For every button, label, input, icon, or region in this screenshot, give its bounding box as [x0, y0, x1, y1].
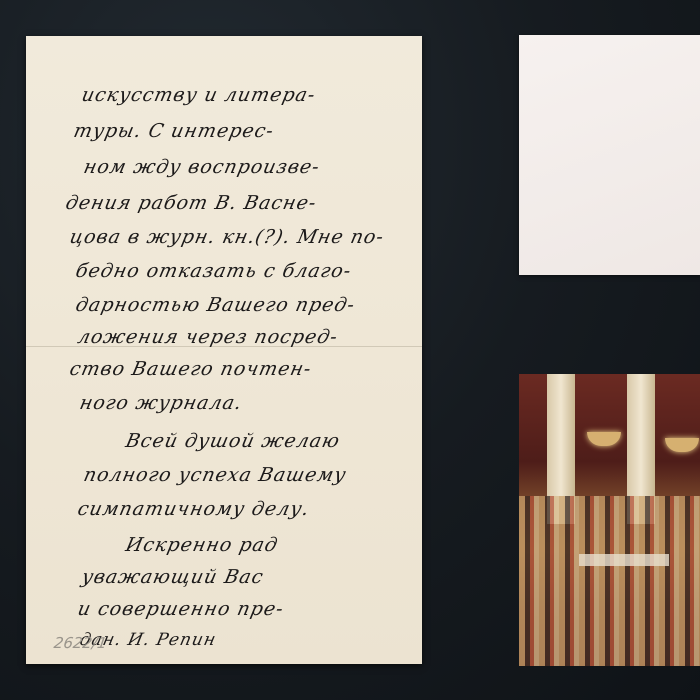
handwritten-letter: искусству и литера- туры. С интерес- ном…	[26, 36, 422, 664]
catalog-number: 2622/1	[53, 634, 108, 652]
letter-line: и совершенно пре-	[76, 598, 286, 620]
letter-line: ство Вашего почтен-	[68, 358, 314, 380]
letter-line: ложения через посред-	[76, 326, 340, 348]
letter-line: цова в журн. кн.(?). Мне по-	[68, 226, 387, 248]
assembly-crowd	[519, 496, 700, 666]
painting-reproduction	[519, 374, 700, 666]
blank-card	[519, 35, 700, 275]
letter-line: дения работ В. Васне-	[64, 192, 319, 214]
letter-line: уважающий Вас	[80, 566, 266, 588]
table	[579, 554, 669, 566]
letter-line: Всей душой желаю	[124, 430, 343, 452]
letter-line: симпатичному делу.	[76, 498, 312, 520]
chandelier	[665, 438, 699, 452]
letter-line: искусству и литера-	[80, 84, 318, 106]
letter-line: бедно отказать с благо-	[74, 260, 354, 282]
chandelier	[587, 432, 621, 446]
letter-line: полного успеха Вашему	[82, 464, 349, 486]
letter-line: ном жду воспроизве-	[82, 156, 322, 178]
letter-line: туры. С интерес-	[72, 120, 276, 142]
letter-line: ного журнала.	[78, 392, 245, 414]
letter-line: дарностью Вашего пред-	[74, 294, 358, 316]
letter-line: Искренно рад	[124, 534, 281, 556]
